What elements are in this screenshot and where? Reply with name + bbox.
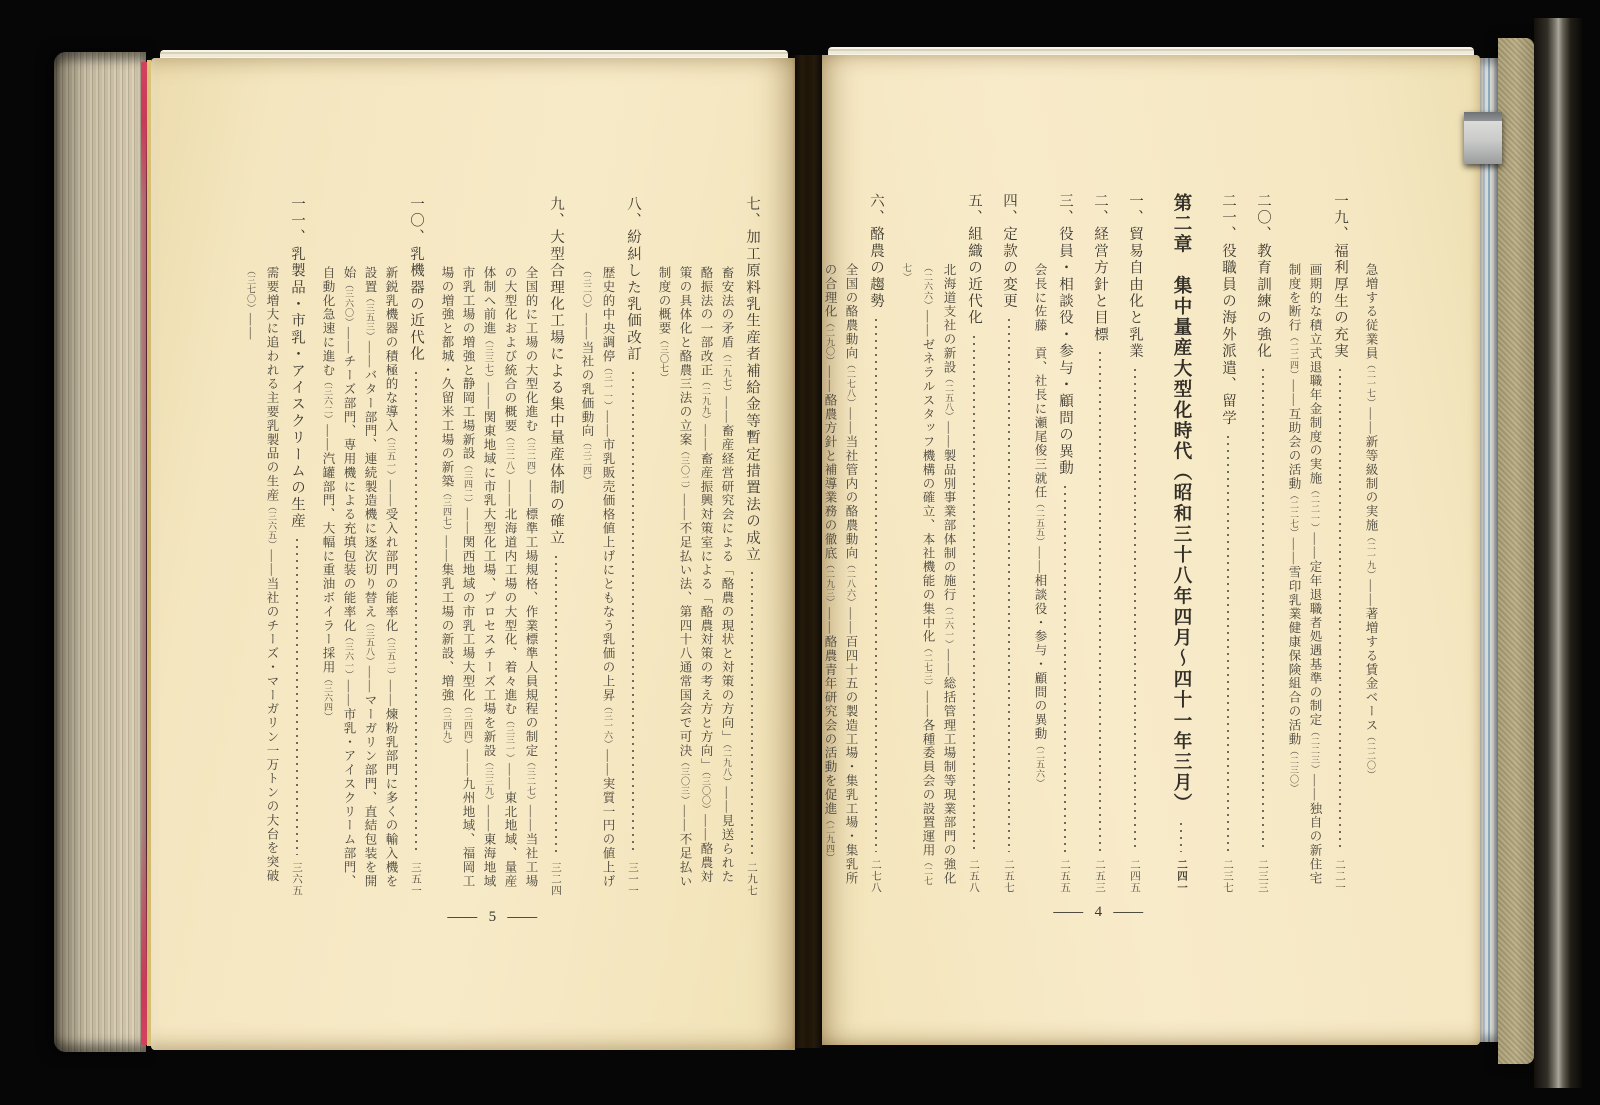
toc-entry-column: 九、大型合理化工場による集中量産体制の確立 三二四 <box>542 196 569 896</box>
toc-entry-description: 会長に佐藤 貢、社長に瀬尾俊三就任（二五五）――相談役・参与・顧問の異動（二五六… <box>1029 263 1050 893</box>
leader-dots <box>875 319 877 852</box>
toc-entry-label: 四、定款の変更 <box>995 193 1022 310</box>
toc-item: 三、役員・相談役・参与・顧問の異動 二五五 会長に佐藤 貢、社長に瀬尾俊三就任（… <box>1029 193 1079 893</box>
leader-dots <box>415 372 417 855</box>
right-page-toc: 急増する従業員（二一七）――新等級制の実施（二一九）――著増する賃金ベース（二二… <box>816 193 1384 893</box>
left-page: 七、加工原料乳生産者補給金等暫定措置法の成立 二九七 畜安法の矛盾（二九七）――… <box>151 58 795 1050</box>
chapter-title: 第二章 集中量産大型化時代（昭和三十八年四月～四十一年三月） <box>1163 193 1199 814</box>
toc-entry-page-number: 三二四 <box>542 862 569 897</box>
leader-dots <box>1339 369 1341 852</box>
left-page-toc: 七、加工原料乳生産者補給金等暫定措置法の成立 二九七 畜安法の矛盾（二九七）――… <box>237 196 769 896</box>
toc-item: 二一、役職員の海外派遣、留学 二三七 <box>1213 193 1242 893</box>
toc-entry-column: 第二章 集中量産大型化時代（昭和三十八年四月～四十一年三月） 二四一 <box>1163 193 1199 893</box>
toc-entry-label: 二、経営方針と目標 <box>1086 193 1113 343</box>
toc-entry-column: 一、貿易自由化と乳業 二四五 <box>1121 193 1148 893</box>
toc-continuation-text: 急増する従業員（二一七）――新等級制の実施（二一九）――著増する賃金ベース（二二… <box>1360 263 1381 893</box>
toc-entry-label: 一一、乳製品・市乳・アイスクリームの生産 <box>283 196 310 530</box>
page-folio-right: 4 <box>1054 904 1144 921</box>
toc-entry-page-number: 二九七 <box>738 862 765 897</box>
folio-dash <box>1113 912 1143 914</box>
toc-entry-label: 二〇、教育訓練の強化 <box>1249 193 1276 360</box>
toc-item: 九、大型合理化工場による集中量産体制の確立 三二四 全国的に工場の大型化進む（三… <box>436 196 570 896</box>
toc-entry-column: 八、紛糾した乳価改訂 三一一 <box>619 196 646 896</box>
toc-entry-column: 二一、役職員の海外派遣、留学 二三七 <box>1214 193 1241 893</box>
toc-item: 二、経営方針と目標 二五三 <box>1085 193 1114 893</box>
toc-entry-column: 五、組織の近代化 二五八 <box>960 193 987 893</box>
toc-item: 一、貿易自由化と乳業 二四五 <box>1120 193 1149 893</box>
folio-dash <box>507 917 537 919</box>
leader-dots <box>973 336 975 852</box>
right-page: 急増する従業員（二一七）――新等級制の実施（二一九）――著増する賃金ベース（二二… <box>822 55 1480 1045</box>
plastic-sleeve-reflection <box>1534 18 1582 1088</box>
toc-continuation: 急増する従業員（二一七）――新等級制の実施（二一九）――著増する賃金ベース（二二… <box>1360 193 1381 893</box>
leader-dots <box>1227 436 1229 852</box>
toc-entry-label: 一、貿易自由化と乳業 <box>1121 193 1148 360</box>
leader-dots <box>555 556 557 855</box>
toc-entry-page-number: 二三三 <box>1249 859 1276 894</box>
leader-dots <box>1099 352 1101 851</box>
toc-item: 一〇、乳機器の近代化 三五一 新鋭乳機器の積極的な導入（三五一）――受入れ部門の… <box>317 196 430 896</box>
toc-entry-description: 畜安法の矛盾（二九七）――畜産経営研究会による「酪農の現状と対策の方向」（二九八… <box>653 266 737 896</box>
folio-number: 5 <box>489 909 497 926</box>
toc-item: 四、定款の変更 二五七 <box>994 193 1023 893</box>
toc-entry-page-number: 二四一 <box>1163 859 1199 894</box>
toc-entry-label: 二一、役職員の海外派遣、留学 <box>1214 193 1241 427</box>
toc-entry-label: 五、組織の近代化 <box>960 193 987 327</box>
toc-entry-page-number: 三一一 <box>619 862 646 897</box>
toc-entry-page-number: 二四五 <box>1121 859 1148 894</box>
toc-entry-page-number: 二五三 <box>1086 859 1113 894</box>
toc-entry-description: 新鋭乳機器の積極的な導入（三五一）――受入れ部門の能率化（三五二）――煉粉乳部門… <box>317 266 401 896</box>
folio-number: 4 <box>1095 904 1103 921</box>
page-folio-left: 5 <box>448 909 538 926</box>
toc-entry-column: 二、経営方針と目標 二五三 <box>1086 193 1113 893</box>
toc-entry-column: 七、加工原料乳生産者補給金等暫定措置法の成立 二九七 <box>738 196 765 896</box>
toc-entry-page-number: 二三七 <box>1214 859 1241 894</box>
leader-dots <box>1262 369 1264 852</box>
toc-entry-label: 九、大型合理化工場による集中量産体制の確立 <box>542 196 569 547</box>
toc-entry-column: 四、定款の変更 二五七 <box>995 193 1022 893</box>
leader-dots <box>1134 369 1136 852</box>
toc-item: 八、紛糾した乳価改訂 三一一 歴史的中央調停（三一一）――市乳販売価格値上げにと… <box>576 196 647 896</box>
toc-item: 五、組織の近代化 二五八 北海道支社の新設（二五八）――製品別事業部体制の施行（… <box>896 193 988 893</box>
photo-scene: 七、加工原料乳生産者補給金等暫定措置法の成立 二九七 畜安法の矛盾（二九七）――… <box>0 0 1600 1105</box>
toc-entry-column: 六、酪農の趨勢 二七八 <box>862 193 889 893</box>
toc-entry-description: 画期的な積立式退職年金制度の実施（二二一）――定年退職者処遇基準の制定（二二三）… <box>1283 263 1325 893</box>
toc-entry-label: 七、加工原料乳生産者補給金等暫定措置法の成立 <box>738 196 765 563</box>
toc-chapter-heading: 第二章 集中量産大型化時代（昭和三十八年四月～四十一年三月） 二四一 <box>1159 193 1203 893</box>
leader-dots <box>1180 823 1182 852</box>
leader-dots <box>1008 319 1010 852</box>
toc-entry-column: 一一、乳製品・市乳・アイスクリームの生産 三六五 <box>283 196 310 896</box>
toc-entry-description: 需要増大に追われる主要乳製品の生産（三六五）――当社のチーズ・マーガリン一万トン… <box>240 266 282 896</box>
toc-entry-page-number: 三六五 <box>283 862 310 897</box>
toc-entry-page-number: 三五一 <box>402 862 429 897</box>
toc-entry-column: 一〇、乳機器の近代化 三五一 <box>402 196 429 896</box>
toc-entry-column: 一九、福利厚生の充実 二二一 <box>1326 193 1353 893</box>
toc-entry-page-number: 二七八 <box>862 859 889 894</box>
folio-dash <box>1054 912 1084 914</box>
toc-entry-page-number: 二五七 <box>995 859 1022 894</box>
toc-entry-column: 二〇、教育訓練の強化 二三三 <box>1249 193 1276 893</box>
toc-entry-label: 六、酪農の趨勢 <box>862 193 889 310</box>
toc-entry-label: 一〇、乳機器の近代化 <box>402 196 429 363</box>
toc-entry-column: 三、役員・相談役・参与・顧問の異動 二五五 <box>1051 193 1078 893</box>
toc-item: 一九、福利厚生の充実 二二一 画期的な積立式退職年金制度の実施（二二一）――定年… <box>1283 193 1354 893</box>
book-cover-cloth <box>1498 38 1534 1064</box>
toc-entry-page-number: 二五五 <box>1051 859 1078 894</box>
leader-dots <box>751 572 753 854</box>
leader-dots <box>296 539 298 855</box>
toc-entry-description: 歴史的中央調停（三一一）――市乳販売価格値上げにともなう乳価の上昇（三一六）――… <box>576 266 618 896</box>
toc-item: 七、加工原料乳生産者補給金等暫定措置法の成立 二九七 畜安法の矛盾（二九七）――… <box>653 196 766 896</box>
toc-item: 一一、乳製品・市乳・アイスクリームの生産 三六五 需要増大に追われる主要乳製品の… <box>240 196 311 896</box>
right-page-edges <box>1480 58 1498 1042</box>
toc-entry-description: 全国の酪農動向（二七八）――当社管内の酪農動向（二八六）――百四十五の製造工場・… <box>819 263 861 893</box>
toc-entry-page-number: 二五八 <box>960 859 987 894</box>
toc-entry-label: 一九、福利厚生の充実 <box>1326 193 1353 360</box>
toc-entry-label: 八、紛糾した乳価改訂 <box>619 196 646 363</box>
toc-entry-page-number: 二二一 <box>1326 859 1353 894</box>
toc-item: 二〇、教育訓練の強化 二三三 <box>1248 193 1277 893</box>
toc-entry-description: 北海道支社の新設（二五八）――製品別事業部体制の施行（二六一）――総括管理工場制… <box>896 263 959 893</box>
fore-edge-page-stack <box>54 52 146 1052</box>
library-sticker-tab <box>1464 112 1502 164</box>
toc-entry-label: 三、役員・相談役・参与・顧問の異動 <box>1051 193 1078 477</box>
leader-dots <box>632 372 634 855</box>
toc-entry-description: 全国的に工場の大型化進む（三二四）――標準工場規格、作業標準人員規程の制定（三二… <box>436 266 541 896</box>
leader-dots <box>1064 486 1066 852</box>
toc-item: 六、酪農の趨勢 二七八 全国の酪農動向（二七八）――当社管内の酪農動向（二八六）… <box>819 193 890 893</box>
folio-dash <box>448 917 478 919</box>
